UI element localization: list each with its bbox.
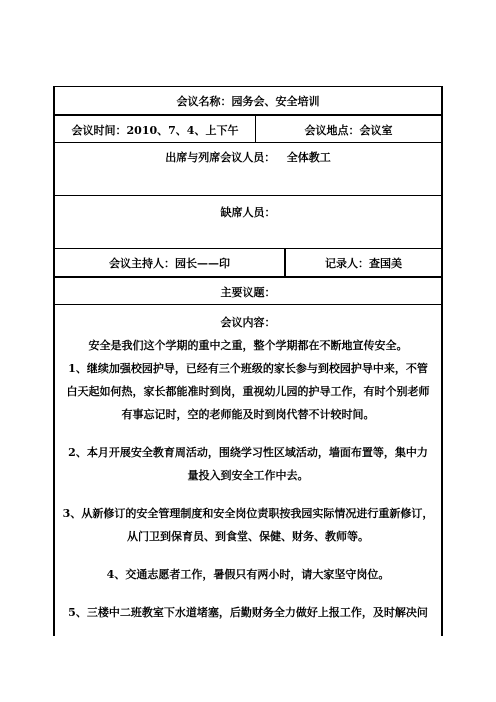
item-1-line-3: 有事忘记时，空的老师能及时到岗代替不计较时间。 [55,403,441,426]
meeting-time: 会议时间：2010、7、4、上下午 [55,116,256,142]
absent-row: 缺席人员： [53,195,443,248]
meeting-location: 会议地点：会议室 [256,116,441,142]
item-4-line-1: 4、交通志愿者工作，暑假只有两小时，请大家坚守岗位。 [55,563,441,586]
meeting-content: 会议内容： 安全是我们这个学期的重中之重，整个学期都在不断地宣传安全。 1、继续… [53,304,443,636]
item-3-line-1: 3、从新修订的安全管理制度和安全岗位责职按我园实际情况进行重新修订， [55,502,441,525]
meeting-host: 会议主持人：园长——印 [55,249,286,276]
meeting-name-row: 会议名称：园务会、安全培训 [53,86,443,114]
item-2-line-1: 2、本月开展安全教育周活动，围绕学习性区域活动，墙面布置等，集中力 [55,441,441,464]
main-topic: 主要议题： [55,278,441,304]
item-1-line-2: 白天起如何热，家长都能准时到岗，重视幼儿园的护导工作，有时个别老师 [55,380,441,403]
time-location-row: 会议时间：2010、7、4、上下午 会议地点：会议室 [53,114,443,142]
content-intro: 安全是我们这个学期的重中之重，整个学期都在不断地宣传安全。 [55,334,441,357]
item-1-line-1: 1、继续加强校园护导，已经有三个班级的家长参与到校园护导中来，不管 [55,357,441,380]
item-5-line-1: 5、三楼中二班教室下水道堵塞，后勤财务全力做好上报工作，及时解决问 [55,601,441,624]
item-2-line-2: 量投入到安全工作中去。 [55,464,441,487]
meeting-recorder: 记录人：查国美 [286,249,441,276]
content-heading: 会议内容： [55,311,441,334]
item-3-line-2: 从门卫到保育员、到食堂、保健、财务、教师等。 [55,525,441,548]
meeting-name: 会议名称：园务会、安全培训 [55,87,441,114]
host-recorder-row: 会议主持人：园长——印 记录人：查国美 [53,248,443,276]
attendees-row: 出席与列席会议人员： 全体教工 [53,142,443,195]
topic-row: 主要议题： [53,276,443,304]
attendees: 出席与列席会议人员： 全体教工 [55,143,441,195]
meeting-record-table: 会议名称：园务会、安全培训 会议时间：2010、7、4、上下午 会议地点：会议室… [53,86,443,636]
absent-members: 缺席人员： [55,196,441,248]
